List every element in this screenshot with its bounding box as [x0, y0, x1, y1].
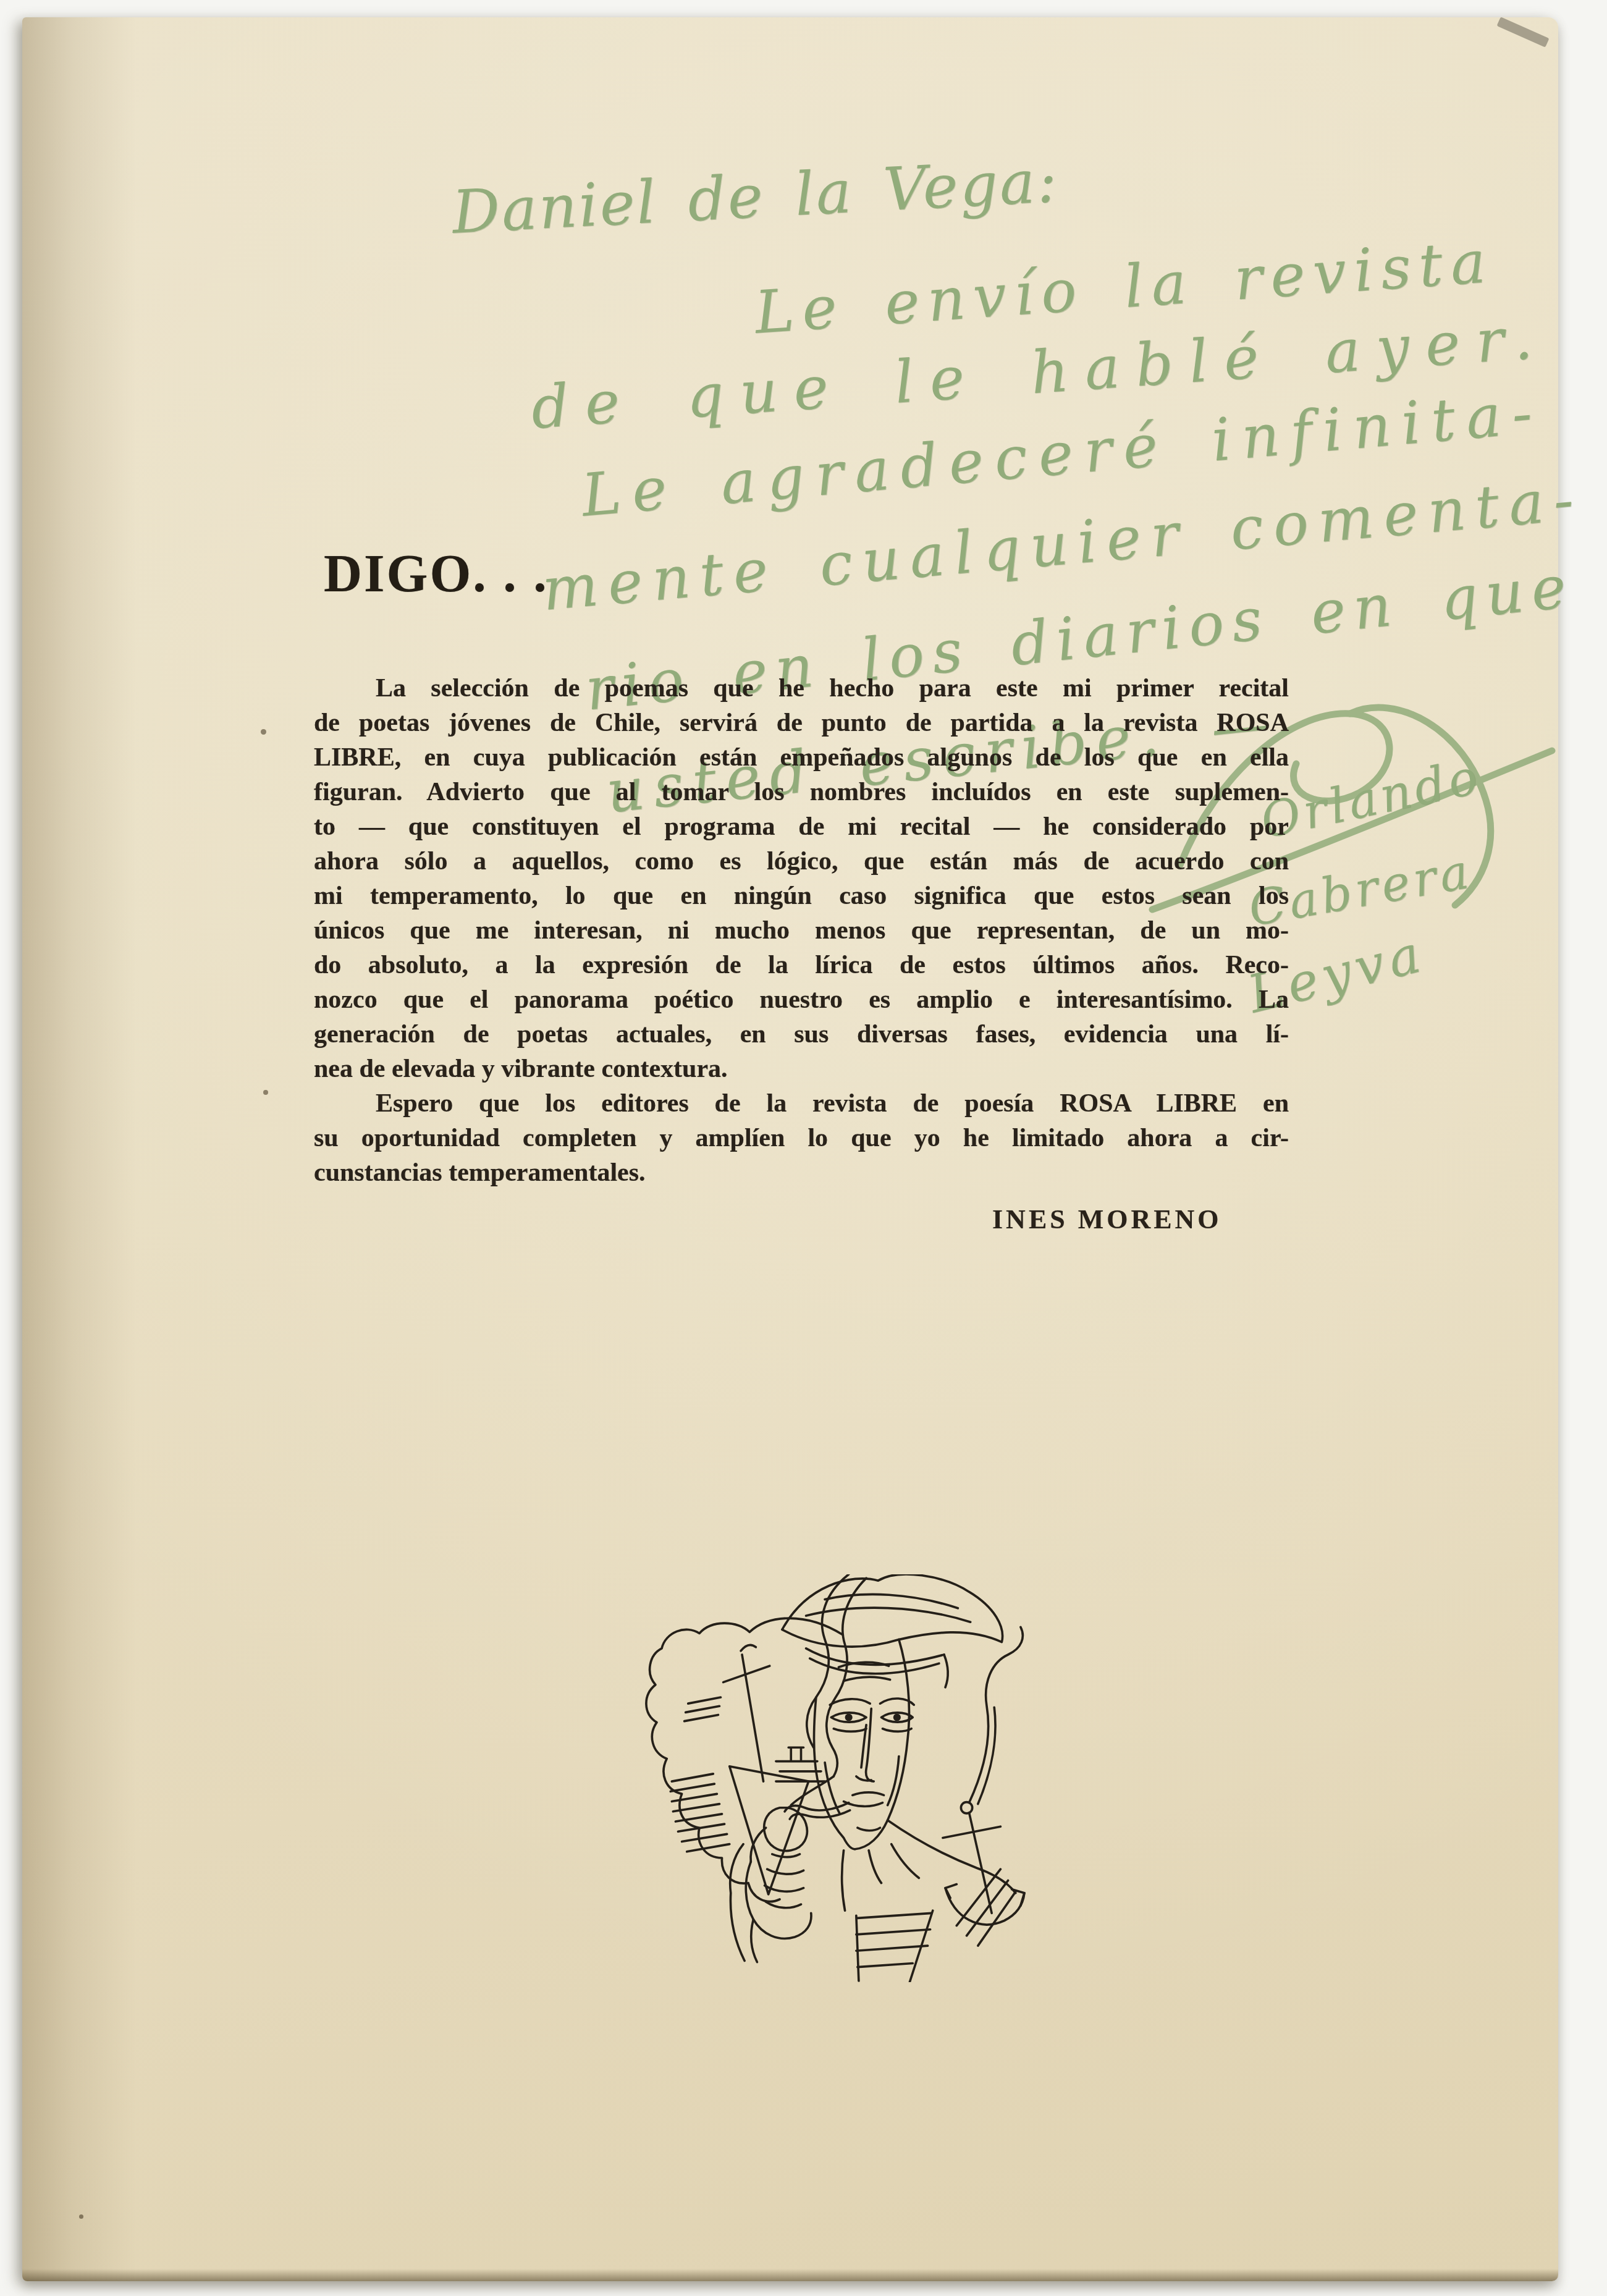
print-line: nozco que el panorama poético nuestro es… — [314, 982, 1289, 1017]
print-line: generación de poetas actuales, en sus di… — [314, 1017, 1289, 1052]
paper-speck — [261, 729, 266, 735]
print-line: cunstancias temperamentales. — [314, 1155, 1289, 1190]
print-line: mi temperamento, lo que en ningún caso s… — [314, 879, 1289, 913]
print-line: La selección de poemas que he hecho para… — [314, 671, 1289, 706]
author-byline: INES MORENO — [992, 1204, 1222, 1235]
sailor-illustration — [618, 1574, 1026, 1982]
print-line: do absoluto, a la expresión de la lírica… — [314, 948, 1289, 982]
print-line: ahora sólo a aquellos, como es lógico, q… — [314, 844, 1289, 879]
print-line: nea de elevada y vibrante contextura. — [314, 1052, 1289, 1086]
print-line: LIBRE, en cuya publicación están empeñad… — [314, 740, 1289, 775]
scanned-page-photo: { "colors": { "paper": "#e9dfc4", "print… — [0, 0, 1607, 2296]
print-line: figuran. Advierto que al tomar los nombr… — [314, 775, 1289, 809]
paper-speck — [79, 2214, 83, 2219]
print-line: de poetas jóvenes de Chile, servirá de p… — [314, 706, 1289, 740]
printed-paragraphs: La selección de poemas que he hecho para… — [314, 671, 1289, 1190]
print-line: su oportunidad completen y amplíen lo qu… — [314, 1121, 1289, 1155]
print-line: to — que constituyen el programa de mi r… — [314, 809, 1289, 844]
print-line: Espero que los editores de la revista de… — [314, 1086, 1289, 1121]
section-heading: DIGO. . . — [324, 542, 549, 604]
print-line: únicos que me interesan, ni mucho menos … — [314, 913, 1289, 948]
paper-speck — [263, 1090, 268, 1095]
paper-corner-nick — [1496, 17, 1549, 48]
